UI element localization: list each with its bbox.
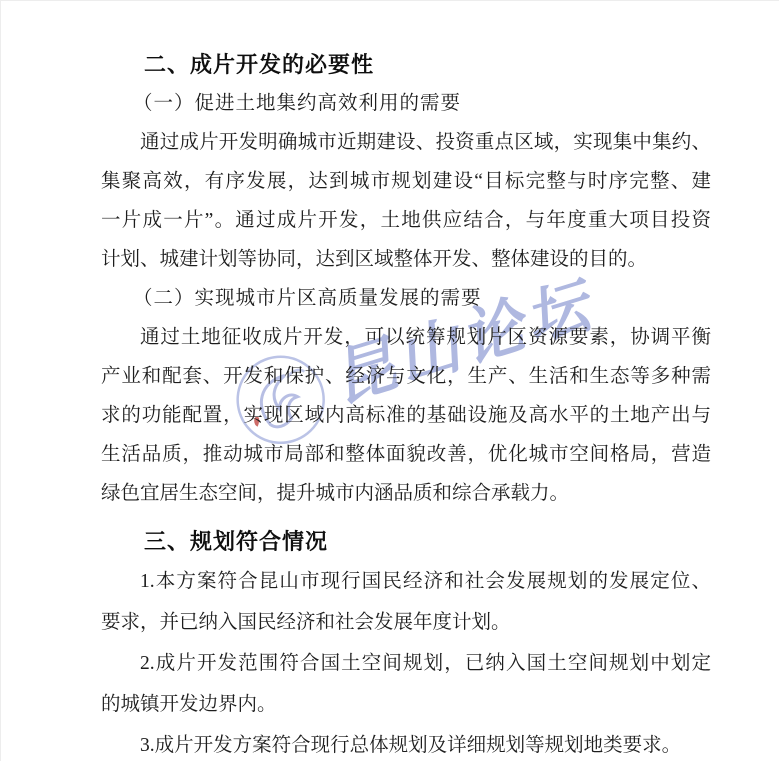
section-heading: 二、成片开发的必要性 (101, 45, 711, 84)
sub-heading: （一）促进土地集约高效利用的需要 (101, 84, 711, 123)
document-page: 昆山论坛 二、成片开发的必要性（一）促进土地集约高效利用的需要通过成片开发明确城… (0, 0, 779, 761)
paragraph-line: 的城镇开发边界内。 (101, 684, 711, 725)
paragraph-line: 生活品质，推动城市局部和整体面貌改善，优化城市空间格局，营造 (101, 435, 711, 474)
paragraph-line: 2.成片开发范围符合国土空间规划，已纳入国土空间规划中划定 (101, 643, 711, 684)
paragraph-line: 集聚高效，有序发展，达到城市规划建设“目标完整与时序完整、建 (101, 162, 711, 201)
paragraph-line: 通过土地征收成片开发，可以统筹规划片区资源要素，协调平衡 (101, 318, 711, 357)
document-content: 二、成片开发的必要性（一）促进土地集约高效利用的需要通过成片开发明确城市近期建设… (101, 45, 711, 761)
sub-heading: （二）实现城市片区高质量发展的需要 (101, 279, 711, 318)
paragraph-line: 一片成一片”。通过成片开发，土地供应结合，与年度重大项目投资 (101, 201, 711, 240)
paragraph-line: 3.成片开发方案符合现行总体规划及详细规划等规划地类要求。 (101, 725, 711, 761)
paragraph-line: 要求，并已纳入国民经济和社会发展年度计划。 (101, 602, 711, 643)
paragraph-line: 计划、城建计划等协同，达到区域整体开发、整体建设的目的。 (101, 240, 711, 279)
paragraph-line: 产业和配套、开发和保护、经济与文化，生产、生活和生态等多种需 (101, 357, 711, 396)
paragraph-line: 1.本方案符合昆山市现行国民经济和社会发展规划的发展定位、 (101, 561, 711, 602)
paragraph-line: 绿色宜居生态空间，提升城市内涵品质和综合承载力。 (101, 474, 711, 513)
paragraph-line: 求的功能配置，实现区域内高标准的基础设施及高水平的土地产出与 (101, 396, 711, 435)
paragraph-line: 通过成片开发明确城市近期建设、投资重点区域，实现集中集约、 (101, 123, 711, 162)
section-heading: 三、规划符合情况 (101, 522, 711, 561)
